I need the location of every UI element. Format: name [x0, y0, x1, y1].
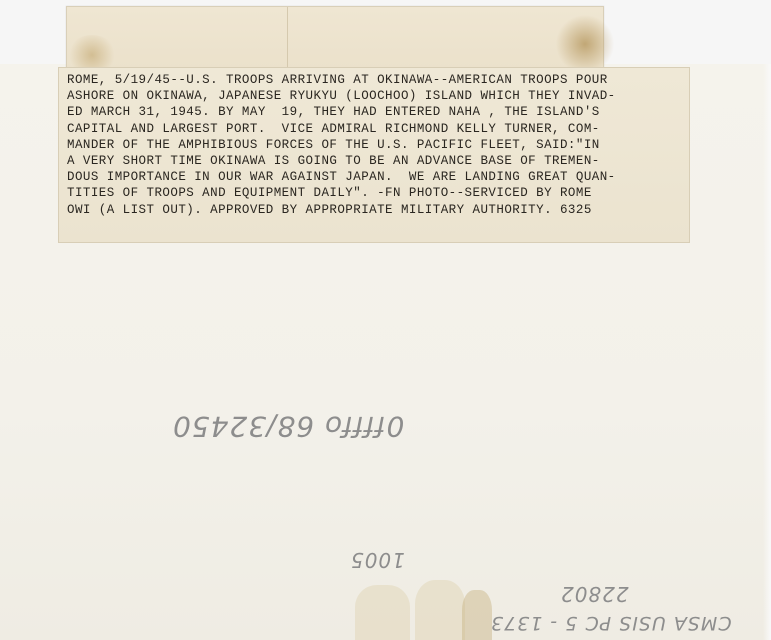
typed-caption-slip: ROME, 5/19/45--U.S. TROOPS ARRIVING AT O… — [58, 67, 690, 243]
caption-line: ED MARCH 31, 1945. BY MAY 19, THEY HAD E… — [67, 105, 600, 119]
caption-line: DOUS IMPORTANCE IN OUR WAR AGAINST JAPAN… — [67, 170, 616, 184]
paper-crease — [287, 7, 288, 69]
caption-line: A VERY SHORT TIME OKINAWA IS GOING TO BE… — [67, 154, 600, 168]
tape-residue — [415, 580, 465, 640]
caption-line: OWI (A LIST OUT). APPROVED BY APPROPRIAT… — [67, 203, 592, 217]
handwritten-reference: CMSA USIS PC 5 - 1373 — [490, 612, 732, 634]
caption-line: CAPITAL AND LARGEST PORT. VICE ADMIRAL R… — [67, 122, 600, 136]
caption-line: ROME, 5/19/45--U.S. TROOPS ARRIVING AT O… — [67, 73, 608, 87]
page-edge — [763, 64, 771, 640]
caption-line: MANDER OF THE AMPHIBIOUS FORCES OF THE U… — [67, 138, 600, 152]
handwritten-archive-number: 0ffffo 68/32450 — [172, 410, 404, 443]
caption-text: ROME, 5/19/45--U.S. TROOPS ARRIVING AT O… — [67, 72, 616, 218]
handwritten-note: 1005 — [350, 548, 405, 572]
tape-residue — [355, 585, 410, 640]
caption-line: TITIES OF TROOPS AND EQUIPMENT DAILY". -… — [67, 186, 592, 200]
paper-tab-strip — [66, 6, 604, 70]
handwritten-catalog-number: 22802 — [560, 582, 629, 606]
tape-residue — [462, 590, 492, 640]
glue-stain — [555, 15, 615, 73]
caption-line: ASHORE ON OKINAWA, JAPANESE RYUKYU (LOOC… — [67, 89, 616, 103]
